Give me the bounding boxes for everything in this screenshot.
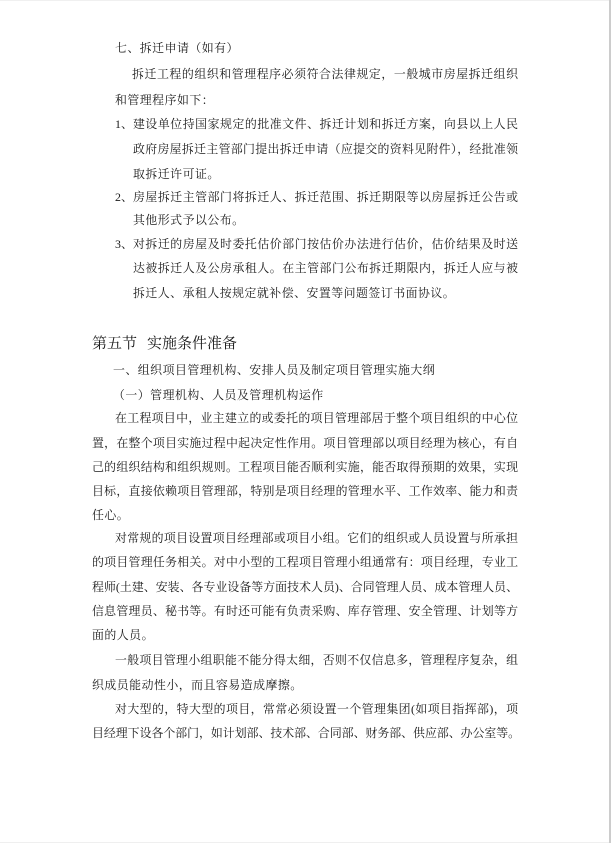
- page-edge-top: [0, 0, 609, 1]
- list-item-line: 达被拆迁人及公房承租人。在主管部门公布拆迁期限内，拆迁人应与被: [133, 256, 518, 280]
- paragraph-line: 的项目管理任务相关。对中小型的工程项目管理小组通常有：项目经理，专业工: [92, 550, 518, 574]
- paragraph-line: 程师(土建、安装、各专业设备等方面技术人员)、合同管理人员、成本管理人员、: [92, 575, 518, 599]
- paragraph-line: 目经理下设各个部门，如计划部、技术部、合同部、财务部、供应部、办公室等。: [92, 721, 520, 745]
- paragraph-line: 织成员能动性小，而且容易造成摩擦。: [92, 673, 303, 697]
- page-edge-right: [609, 0, 611, 843]
- section-title-number: 第五节: [92, 332, 137, 356]
- document-page: 七、拆迁申请（如有） 拆迁工程的组织和管理程序必须符合法律规定，一般城市房屋拆迁…: [0, 0, 612, 843]
- paragraph-line: 对大型的，特大型的项目，常常必须设置一个管理集团(如项目指挥部)，项: [115, 697, 518, 721]
- list-item-line: 拆迁人、承租人按规定就补偿、安置等问题签订书面协议。: [133, 281, 455, 305]
- paragraph-line: 目标，直接依赖项目管理部，特别是项目经理的管理水平、工作效率、能力和责: [92, 479, 518, 503]
- paragraph-line: 对常规的项目设置项目经理部或项目小组。它们的组织或人员设置与所承担: [115, 526, 518, 550]
- paragraph-line: 信息管理员、秘书等。有时还可能有负责采购、库存管理、安全管理、计划等方: [92, 599, 518, 623]
- paragraph-line: 己的组织结构和组织规则。工程项目能否顺利实施，能否取得预期的效果，实现: [92, 455, 518, 479]
- list-item-line: 房屋拆迁主管部门将拆迁人、拆迁范围、拆迁期限等以房屋拆迁公告或: [133, 185, 518, 209]
- list-item-line: 对拆迁的房屋及时委托估价部门按估价办法进行估价，估价结果及时送: [133, 232, 518, 256]
- intro-line: 拆迁工程的组织和管理程序必须符合法律规定，一般城市房屋拆迁组织: [132, 62, 518, 86]
- list-item-number: 3、: [115, 232, 133, 256]
- list-item-line: 其他形式予以公布。: [133, 208, 245, 232]
- paragraph-line: 任心。: [92, 503, 129, 527]
- paragraph-line: 在工程项目中，业主建立的或委托的项目管理部居于整个项目组织的中心位: [115, 406, 518, 430]
- paragraph-line: 置，在整个项目实施过程中起决定性作用。项目管理部以项目经理为核心，有自: [92, 431, 518, 455]
- section-title-text: 实施条件准备: [147, 332, 237, 356]
- paragraph-line: 面的人员。: [92, 623, 154, 647]
- section-heading: 一、组织项目管理机构、安排人员及制定项目管理实施大纲: [113, 358, 435, 382]
- section-subheading: （一）管理机构、人员及管理机构运作: [113, 383, 324, 407]
- list-item-number: 2、: [115, 185, 133, 209]
- intro-line: 和管理程序如下：: [115, 88, 214, 112]
- list-item-line: 取拆迁许可证。: [133, 162, 220, 186]
- demolition-heading: 七、拆迁申请（如有）: [115, 36, 239, 60]
- paragraph-line: 一般项目管理小组职能不能分得太细，否则不仅信息多，管理程序复杂，组: [115, 648, 518, 672]
- list-item-line: 政府房屋拆迁主管部门提出拆迁申请（应提交的资料见附件），经批准领: [133, 137, 518, 161]
- list-item-number: 1、: [115, 112, 133, 136]
- list-item-line: 建设单位持国家规定的批准文件、拆迁计划和拆迁方案，向县以上人民: [133, 112, 518, 136]
